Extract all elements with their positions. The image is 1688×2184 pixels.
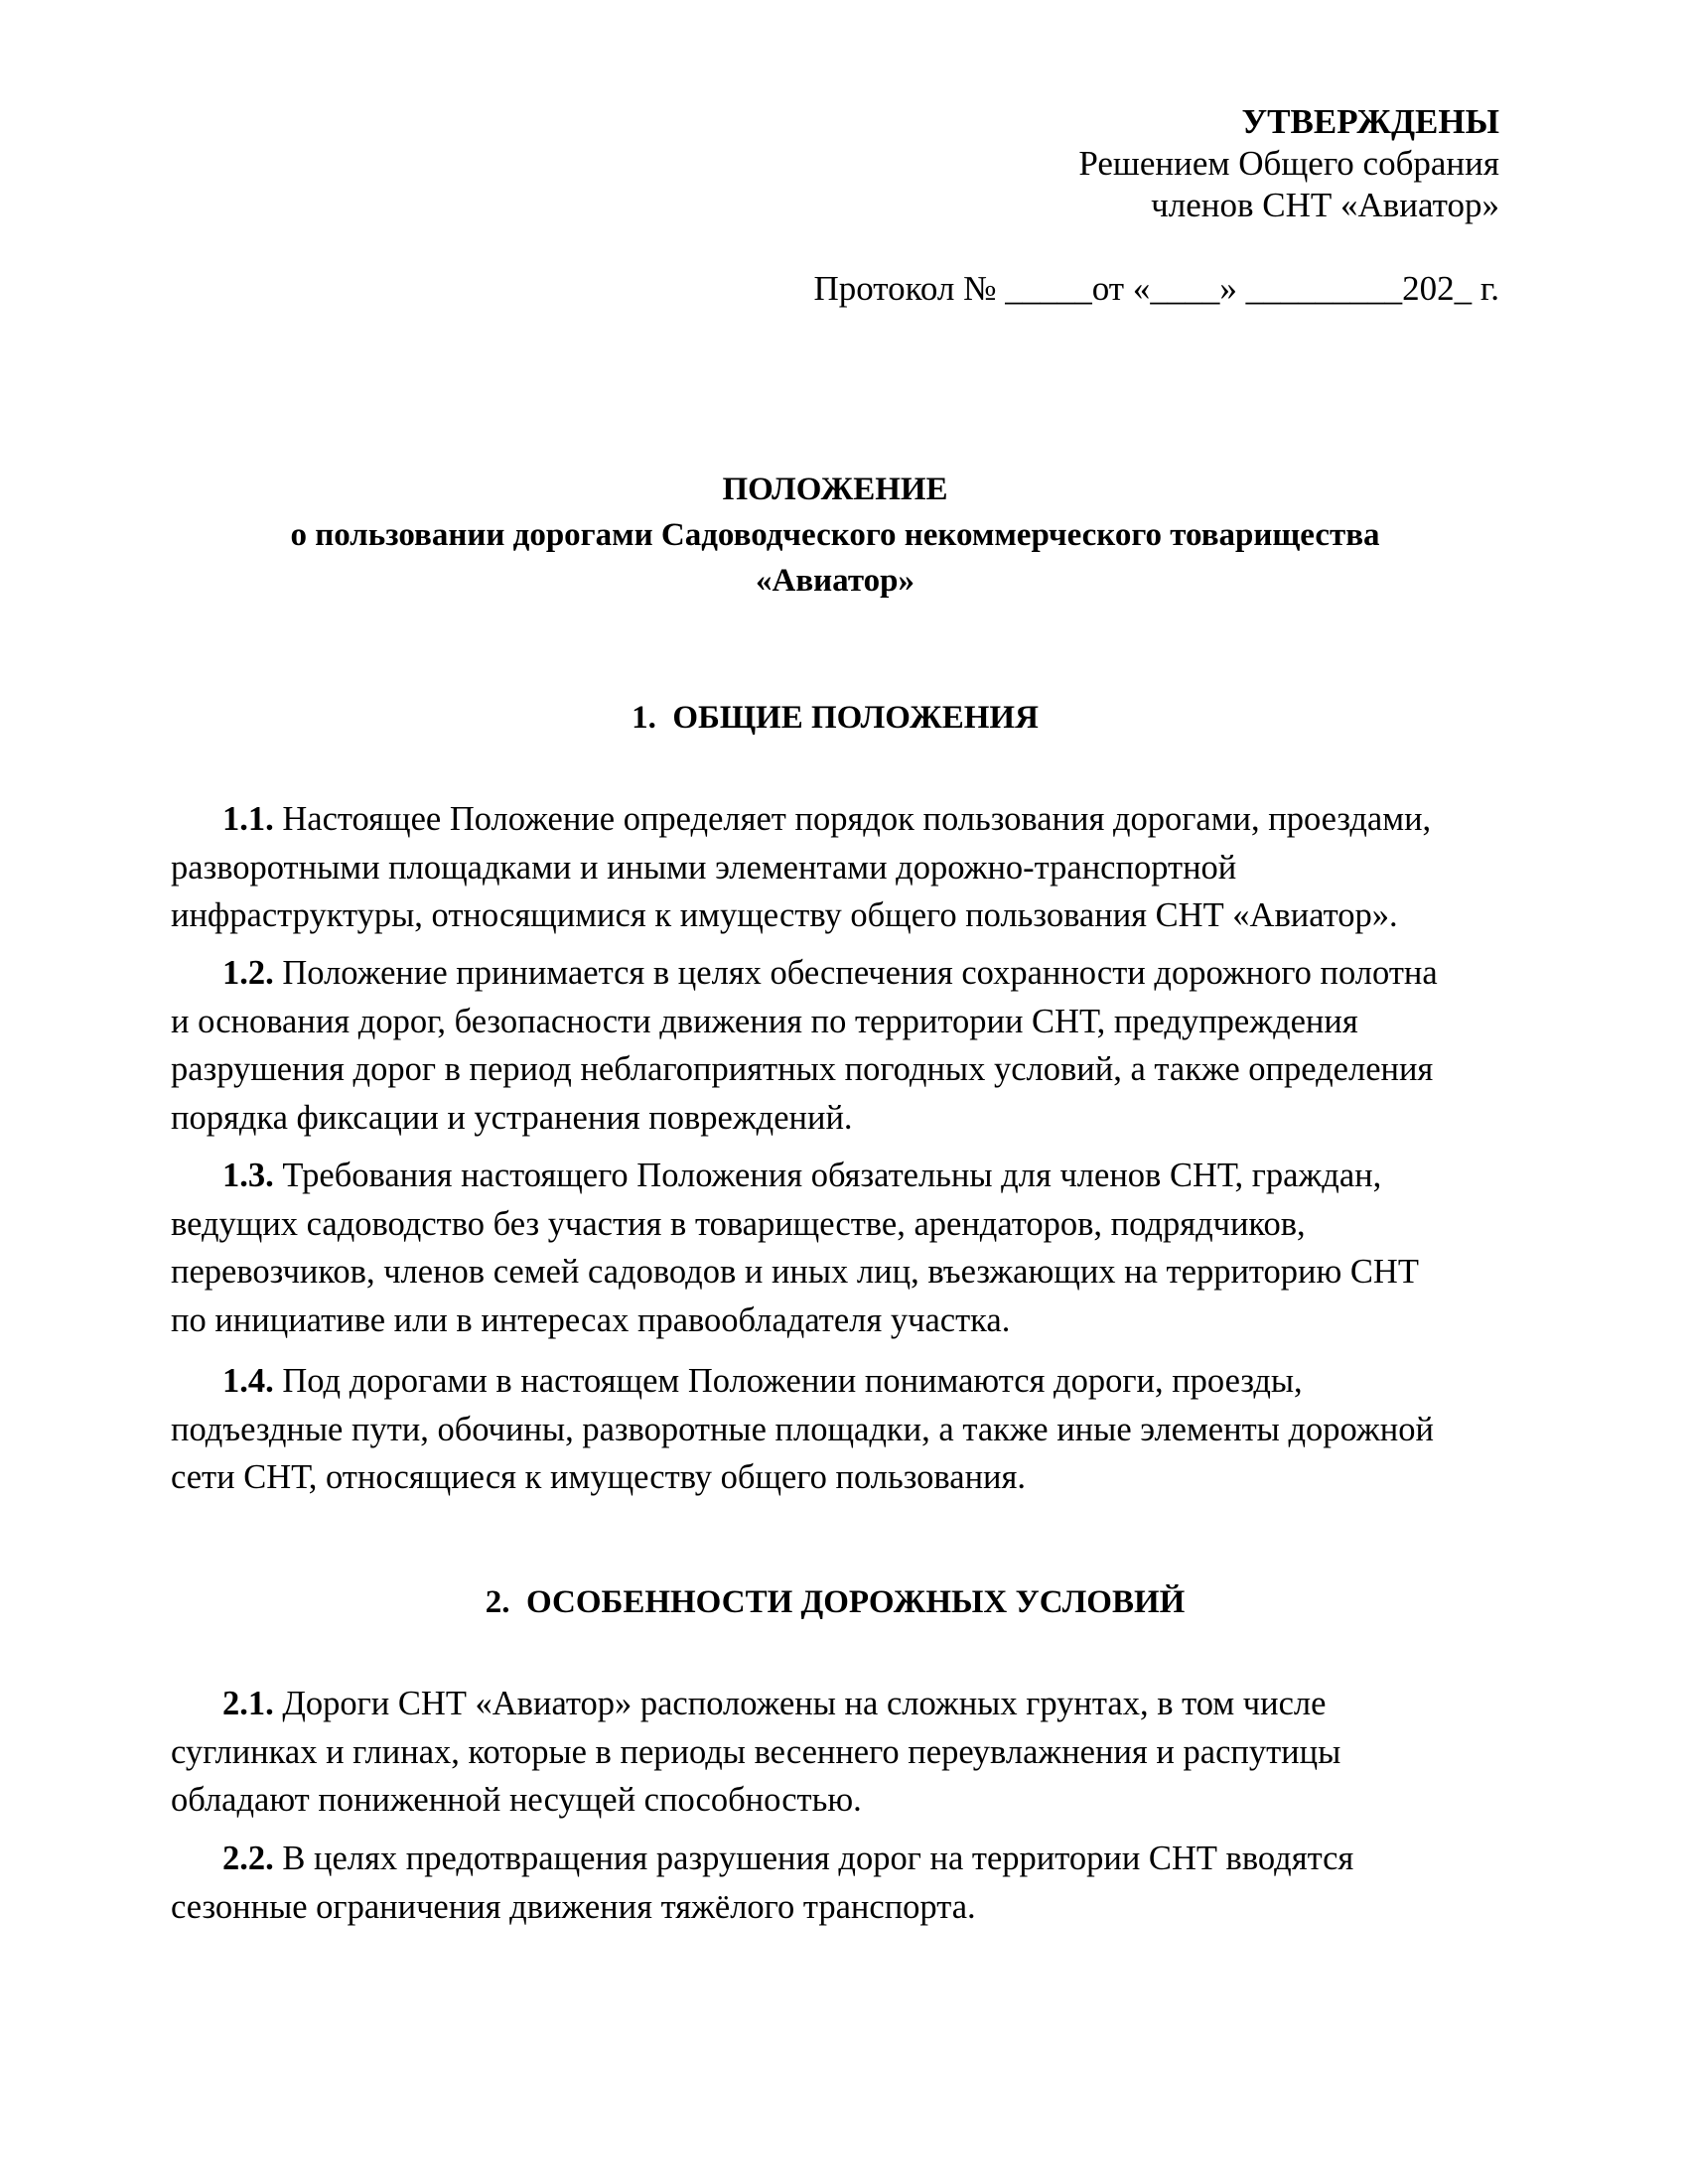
approval-heading: УТВЕРЖДЕНЫ	[1078, 101, 1499, 143]
paragraph-number: 1.3.	[222, 1157, 274, 1194]
paragraph-1-1: 1.1. Настоящее Положение определяет поря…	[171, 795, 1499, 940]
document-subtitle-line-1: о пользовании дорогами Садоводческого не…	[171, 512, 1499, 558]
paragraph-number: 2.1.	[222, 1685, 274, 1722]
approval-line-2: членов СНТ «Авиатор»	[1078, 185, 1499, 226]
paragraph-text: Настоящее Положение определяет порядок п…	[282, 800, 1431, 838]
paragraph-line: перевозчиков, членов семей садоводов и и…	[171, 1248, 1499, 1297]
paragraph-line: суглинках и глинах, которые в периоды ве…	[171, 1728, 1499, 1777]
paragraph-number: 1.1.	[222, 800, 274, 838]
paragraph-line: инфраструктуры, относящимися к имуществу…	[171, 891, 1499, 940]
paragraph-line: ведущих садоводство без участия в товари…	[171, 1200, 1499, 1249]
paragraph-text: В целях предотвращения разрушения дорог …	[282, 1840, 1353, 1877]
approval-block: УТВЕРЖДЕНЫ Решением Общего собрания член…	[1078, 101, 1499, 226]
paragraph-line: 2.2. В целях предотвращения разрушения д…	[171, 1835, 1499, 1883]
paragraph-number: 2.2.	[222, 1840, 274, 1877]
paragraph-2-1: 2.1. Дороги СНТ «Авиатор» расположены на…	[171, 1680, 1499, 1825]
paragraph-text: Требования настоящего Положения обязател…	[282, 1157, 1381, 1194]
paragraph-1-3: 1.3. Требования настоящего Положения обя…	[171, 1152, 1499, 1344]
paragraph-line: сети СНТ, относящиеся к имуществу общего…	[171, 1453, 1499, 1502]
document-title: ПОЛОЖЕНИЕ	[171, 467, 1499, 512]
paragraph-text: Положение принимается в целях обеспечени…	[282, 954, 1437, 992]
approval-line-1: Решением Общего собрания	[1078, 143, 1499, 185]
paragraph-line: 2.1. Дороги СНТ «Авиатор» расположены на…	[171, 1680, 1499, 1728]
paragraph-line: по инициативе или в интересах правооблад…	[171, 1297, 1499, 1345]
paragraph-text: Под дорогами в настоящем Положении поним…	[282, 1362, 1302, 1400]
paragraph-line: 1.3. Требования настоящего Положения обя…	[171, 1152, 1499, 1200]
section-heading-2: 2. ОСОБЕННОСТИ ДОРОЖНЫХ УСЛОВИЙ	[171, 1581, 1499, 1623]
document-page: УТВЕРЖДЕНЫ Решением Общего собрания член…	[171, 0, 1499, 2184]
paragraph-number: 1.4.	[222, 1362, 274, 1400]
paragraph-line: 1.4. Под дорогами в настоящем Положении …	[171, 1357, 1499, 1406]
paragraph-1-2: 1.2. Положение принимается в целях обесп…	[171, 949, 1499, 1142]
document-title-block: ПОЛОЖЕНИЕ о пользовании дорогами Садовод…	[171, 467, 1499, 604]
paragraph-2-2: 2.2. В целях предотвращения разрушения д…	[171, 1835, 1499, 1931]
paragraph-text: Дороги СНТ «Авиатор» расположены на слож…	[282, 1685, 1326, 1722]
document-subtitle-line-2: «Авиатор»	[171, 558, 1499, 604]
paragraph-number: 1.2.	[222, 954, 274, 992]
section-heading-1: 1. ОБЩИЕ ПОЛОЖЕНИЯ	[171, 697, 1499, 739]
paragraph-line: обладают пониженной несущей способностью…	[171, 1776, 1499, 1825]
paragraph-1-4: 1.4. Под дорогами в настоящем Положении …	[171, 1357, 1499, 1502]
paragraph-line: 1.2. Положение принимается в целях обесп…	[171, 949, 1499, 998]
paragraph-line: сезонные ограничения движения тяжёлого т…	[171, 1883, 1499, 1932]
paragraph-line: разворотными площадками и иными элемента…	[171, 844, 1499, 892]
paragraph-line: 1.1. Настоящее Положение определяет поря…	[171, 795, 1499, 844]
paragraph-line: и основания дорог, безопасности движения…	[171, 998, 1499, 1046]
paragraph-line: подъездные пути, обочины, разворотные пл…	[171, 1406, 1499, 1454]
paragraph-line: порядка фиксации и устранения повреждени…	[171, 1094, 1499, 1143]
protocol-line: Протокол № _____от «____» _________202_ …	[813, 268, 1499, 310]
paragraph-line: разрушения дорог в период неблагоприятны…	[171, 1045, 1499, 1094]
